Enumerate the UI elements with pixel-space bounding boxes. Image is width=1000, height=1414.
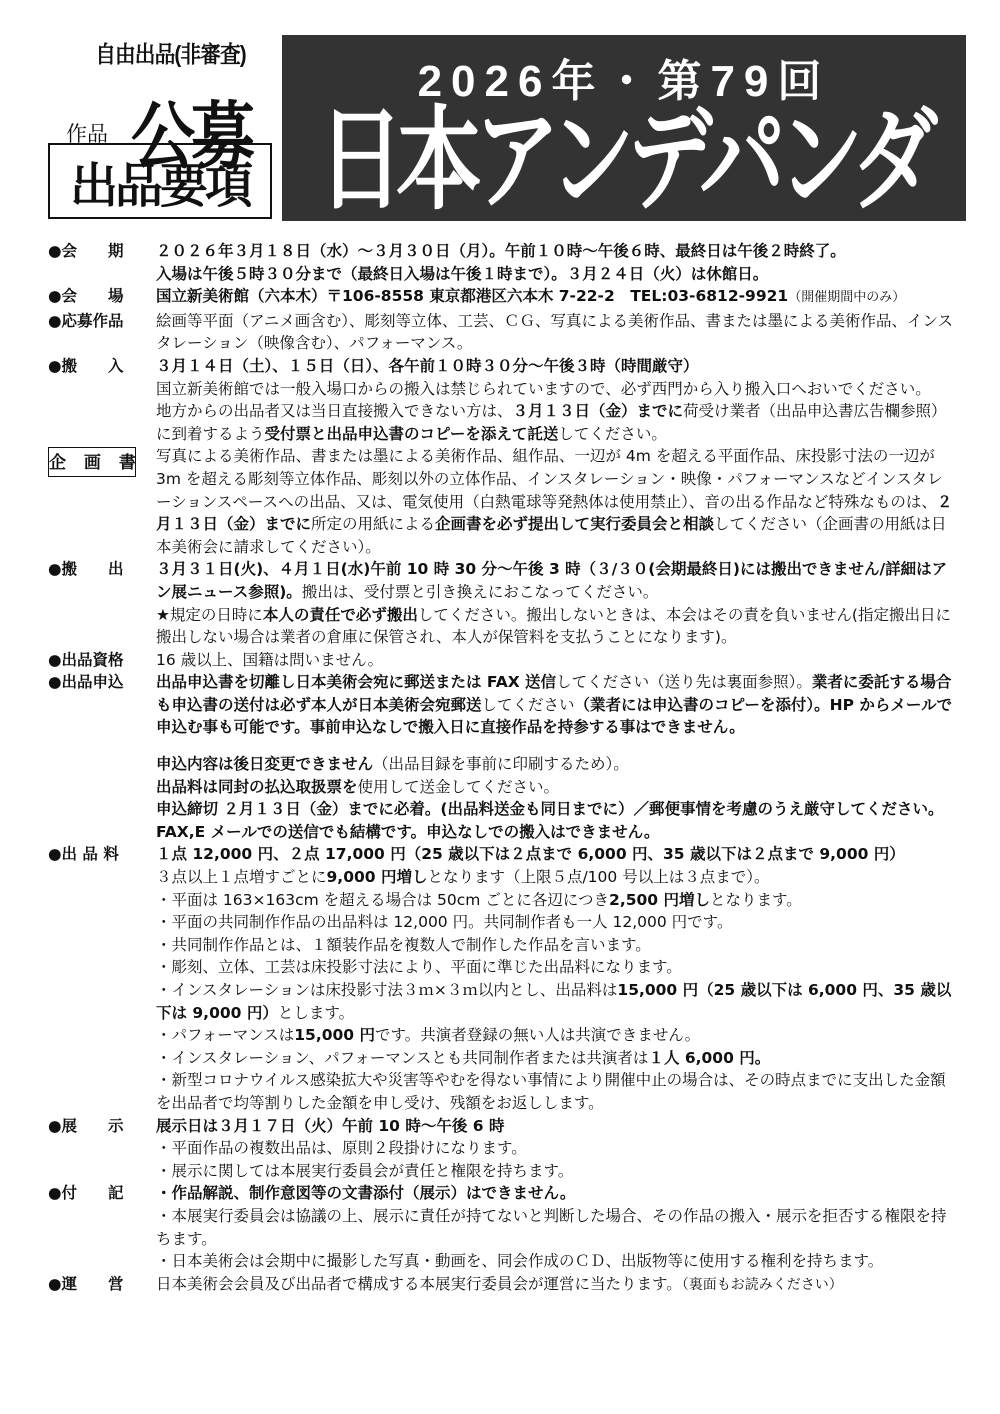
moushikomi-d: してください [482,696,575,714]
fee-line-2c: となります（上限５点/100 号以上は３点まで）。 [427,868,769,886]
kaiki-line-2: 入場は午後５時３０分まで（最終日入場は午後１時まで）。３月２４日（火）は休館日。 [156,263,953,286]
moushikomi-a: 出品申込書を切離し日本美術会宛に郵送または FAX 送信 [156,673,556,691]
tenji-line-1: ・平面作品の複数出品は、原則２段掛けになります。 [156,1137,953,1160]
kikaku-c: 所定の用紙による [311,515,435,533]
kikaku-d: 企画書を必ず提出して実行委員会と相談 [435,515,714,533]
section-oubo: ●応募作品 絵画等平面（アニメ画含む）、彫刻等立体、工芸、ＣＧ、写真による美術作… [48,310,953,355]
section-label: ●出 品 料 [48,843,156,1114]
unei-note: （裏面もお読みください） [682,1277,843,1293]
section-unei: ●運 営 日本美術会会員及び出品者で構成する本展実行委員会が運営に当たります。（… [48,1273,953,1297]
section-label: ●出品申込 [48,671,156,843]
section-label: ●出品資格 [48,649,156,672]
fee-line-9a: ・インスタレーション、パフォーマンスとも共同制作者または共演者は [156,1049,648,1067]
free-entry-label: 自由出品(非審査) [69,36,272,69]
moushikomi-deadline: 申込締切 ２月１３日（金）までに必着。(出品料送金も同日までに）／郵便事情を考慮… [156,798,953,843]
moushikomi-g1: 出品料は同封の払込取扱票を [156,778,358,796]
venue-text: 国立新美術館（六本木）〒106-8558 東京都港区六本木 7-22-2 TEL… [156,287,788,305]
hannyu-p2a: 地方からの出品者又は当日直接搬入できない方は、 [156,402,513,420]
fee-line-7c: とします。 [278,1004,354,1022]
unei-text: 日本美術会会員及び出品者で構成する本展実行委員会が運営に当たります。 [156,1275,682,1293]
hannyu-p2b: ３月１３日（金）までに [513,402,684,420]
section-tenji: ●展 示 展示日は３月１７日（火）午前 10 時～午後 6 時 ・平面作品の複数… [48,1115,953,1183]
fee-line-8c: です。共演者登録の無い人は共演できません。 [375,1026,700,1044]
section-label: ●搬 出 [48,558,156,648]
section-label: ●付 記 [48,1182,156,1272]
hannyu-headline: ３月１４日（土）、１５日（日）、各午前１０時３０分～午後３時（時間厳守） [156,355,953,378]
hanshutsu-c1: ★規定の日時に [156,606,263,624]
shikaku-text: 16 歳以上、国籍は問いません。 [156,649,953,672]
fee-line-8b: 15,000 円 [294,1026,375,1044]
section-fuki: ●付 記 ・作品解説、制作意図等の文書添付（展示）はできません。 ・本展実行委員… [48,1182,953,1272]
hannyu-p2d: 受付票と出品申込書のコピーを添えて託送 [265,425,559,443]
section-label: ●展 示 [48,1115,156,1183]
youkou-box: 出品要項 [48,143,272,219]
moushikomi-f1: 申込内容は後日変更できません [156,755,373,773]
fee-line-10: ・新型コロナウイルス感染拡大や災害等やむを得ない事情により開催中止の場合は、その… [156,1069,953,1114]
fee-line-5: ・共同制作作品とは、１額装作品を複数人で制作した作品を言います。 [156,934,953,957]
venue-note: （開催期間中のみ） [788,290,905,305]
section-label: ●会 期 [48,240,156,285]
fee-line-2a: ３点以上１点増すごとに [156,868,327,886]
oubo-text: 絵画等平面（アニメ画含む）、彫刻等立体、工芸、ＣＧ、写真による美術作品、書または… [156,310,953,355]
fee-line-1: １点 12,000 円、２点 17,000 円（25 歳以下は２点まで 6,00… [156,843,953,866]
fuki-line-1: ・作品解説、制作意図等の文書添付（展示）はできません。 [156,1182,953,1205]
kikaku-a: 写真による美術作品、書または墨による美術作品、組作品、一辺が 4m を超える平面… [156,447,943,510]
fee-line-4: ・平面の共同制作作品の出品料は 12,000 円。共同制作者も一人 12,000… [156,911,953,934]
hanshutsu-c2: 本人の責任で必ず搬出 [263,606,418,624]
section-label: ●応募作品 [48,310,156,355]
hannyu-p1: 国立新美術館では一般入場口からの搬入は禁じられていますので、必ず西門から入り搬入… [156,378,953,401]
moushikomi-g2: 使用して送金してください。 [358,778,560,796]
fee-line-9b: １人 6,000 円。 [648,1049,770,1067]
section-shikaku: ●出品資格 16 歳以上、国籍は問いません。 [48,649,953,672]
kaiki-line-1: ２０２６年３月１８日（水）～３月３０日（月）。午前１０時～午後６時、最終日は午後… [156,240,953,263]
moushikomi-f2: （出品目録を事前に印刷するため）。 [373,755,629,773]
fuki-line-3: ・日本美術会は会期中に撮影した写真・動画を、同会作成のＣＤ、出版物等に使用する権… [156,1250,953,1273]
kikaku-box: 企 画 書 [48,447,136,477]
tenji-headline: 展示日は３月１７日（火）午前 10 時～午後 6 時 [156,1115,953,1138]
fee-line-3c: となります。 [710,891,802,909]
hannyu-p2e: してください。 [558,425,667,443]
title-banner: 2026年・第79回 日本アンデパンダン展 [282,35,966,221]
section-hannyu: ●搬 入 ３月１４日（土）、１５日（日）、各午前１０時３０分～午後３時（時間厳守… [48,355,953,445]
fee-line-6: ・彫刻、立体、工芸は床投影寸法により、平面に準じた出品料になります。 [156,956,953,979]
section-label: ●運 営 [48,1273,156,1297]
moushikomi-b: してください（送り先は裏面参照）。 [556,673,812,691]
section-moushikomi: ●出品申込 出品申込書を切離し日本美術会宛に郵送または FAX 送信してください… [48,671,953,843]
section-kaiki: ●会 期 ２０２６年３月１８日（水）～３月３０日（月）。午前１０時～午後６時、最… [48,240,953,285]
section-ryoukin: ●出 品 料 １点 12,000 円、２点 17,000 円（25 歳以下は２点… [48,843,953,1114]
guidelines: ●会 期 ２０２６年３月１８日（水）～３月３０日（月）。午前１０時～午後６時、最… [48,240,953,1296]
section-kaijo: ●会 場 国立新美術館（六本木）〒106-8558 東京都港区六本木 7-22-… [48,285,953,310]
fee-line-7a: ・インスタレーションは床投影寸法３ｍ×３ｍ以内とし、出品料は [156,981,617,999]
section-label: ●搬 入 [48,355,156,445]
fuki-line-2: ・本展実行委員会は協議の上、展示に責任が持てないと判断した場合、その作品の搬入・… [156,1205,953,1250]
section-hanshutsu: ●搬 出 ３月３１日(火)、４月１日(水)午前 10 時 30 分～午後 3 時… [48,558,953,648]
fee-line-8a: ・パフォーマンスは [156,1026,294,1044]
fee-line-2b: 9,000 円増し [327,868,428,886]
fee-line-3a: ・平面は 163×163cm を超える場合は 50cm ごとに各辺につき [156,891,609,909]
section-kikaku: 企 画 書 写真による美術作品、書または墨による美術作品、組作品、一辺が 4m … [48,445,953,558]
hanshutsu-b: 搬出は、受付票と引き換えにおこなってください。 [302,583,659,601]
fee-line-3b: 2,500 円増し [609,891,710,909]
section-label: ●会 場 [48,285,156,310]
tenji-line-2: ・展示に関しては本展実行委員会が責任と権限を持ちます。 [156,1160,953,1183]
